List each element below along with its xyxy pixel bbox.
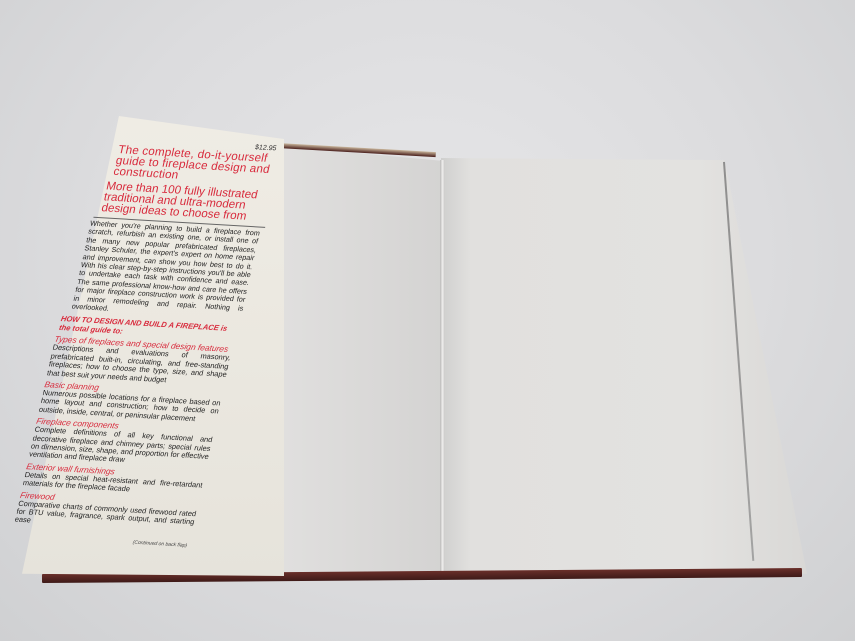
book-photo: $12.95 The complete, do-it-yourself guid… [0, 0, 855, 641]
price: $12.95 [254, 144, 277, 152]
flap-section: Fireplace components Complete definition… [28, 417, 215, 470]
flap-section: Types of fireplaces and special design f… [46, 335, 233, 388]
flap-intro: Whether you're planning to build a firep… [71, 220, 261, 322]
flap-section: Firewood Comparative charts of commonly … [14, 490, 199, 534]
book-gutter [440, 160, 445, 580]
flap-subheadline: More than 100 fully illustrated traditio… [100, 180, 275, 223]
right-endpaper [441, 158, 807, 578]
